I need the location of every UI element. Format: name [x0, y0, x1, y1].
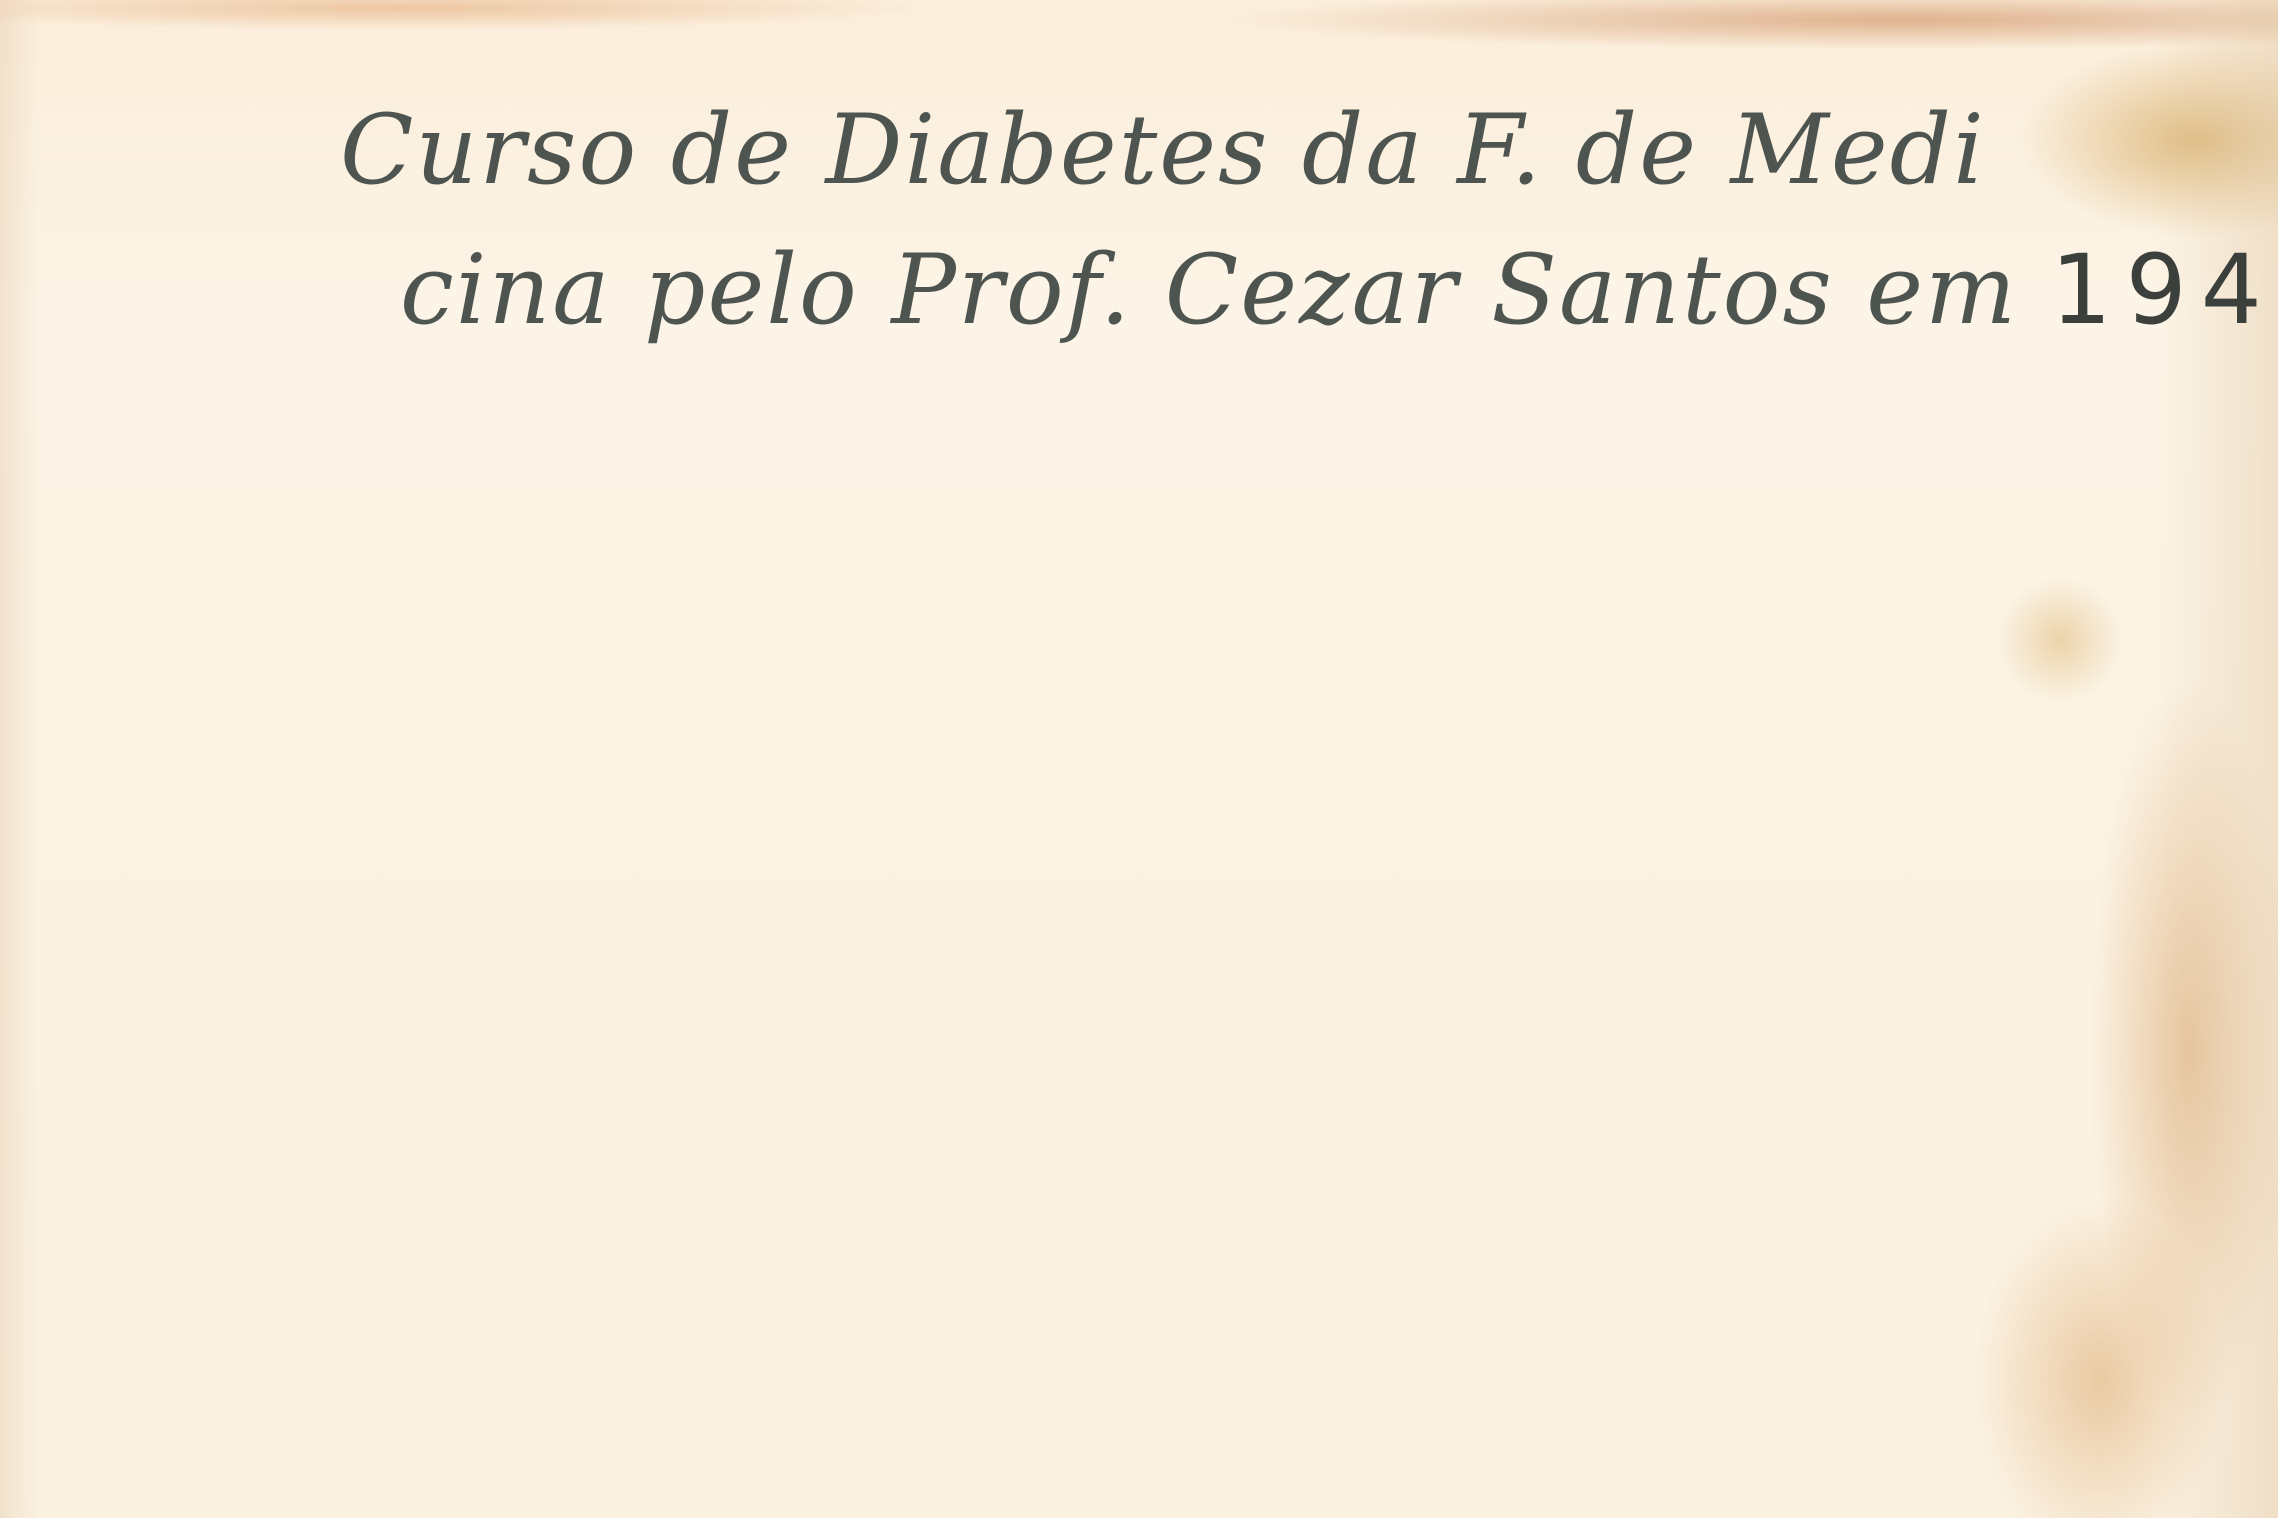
note-line-2-text: cina pelo Prof. Cezar Santos em: [400, 234, 2018, 346]
handwritten-note: Curso de Diabetes da F. de Medi cina pel…: [340, 95, 2240, 345]
note-line-2: cina pelo Prof. Cezar Santos em 1940: [400, 235, 2240, 345]
note-year: 1940: [2051, 234, 2278, 346]
note-line-1: Curso de Diabetes da F. de Medi: [340, 95, 2240, 205]
